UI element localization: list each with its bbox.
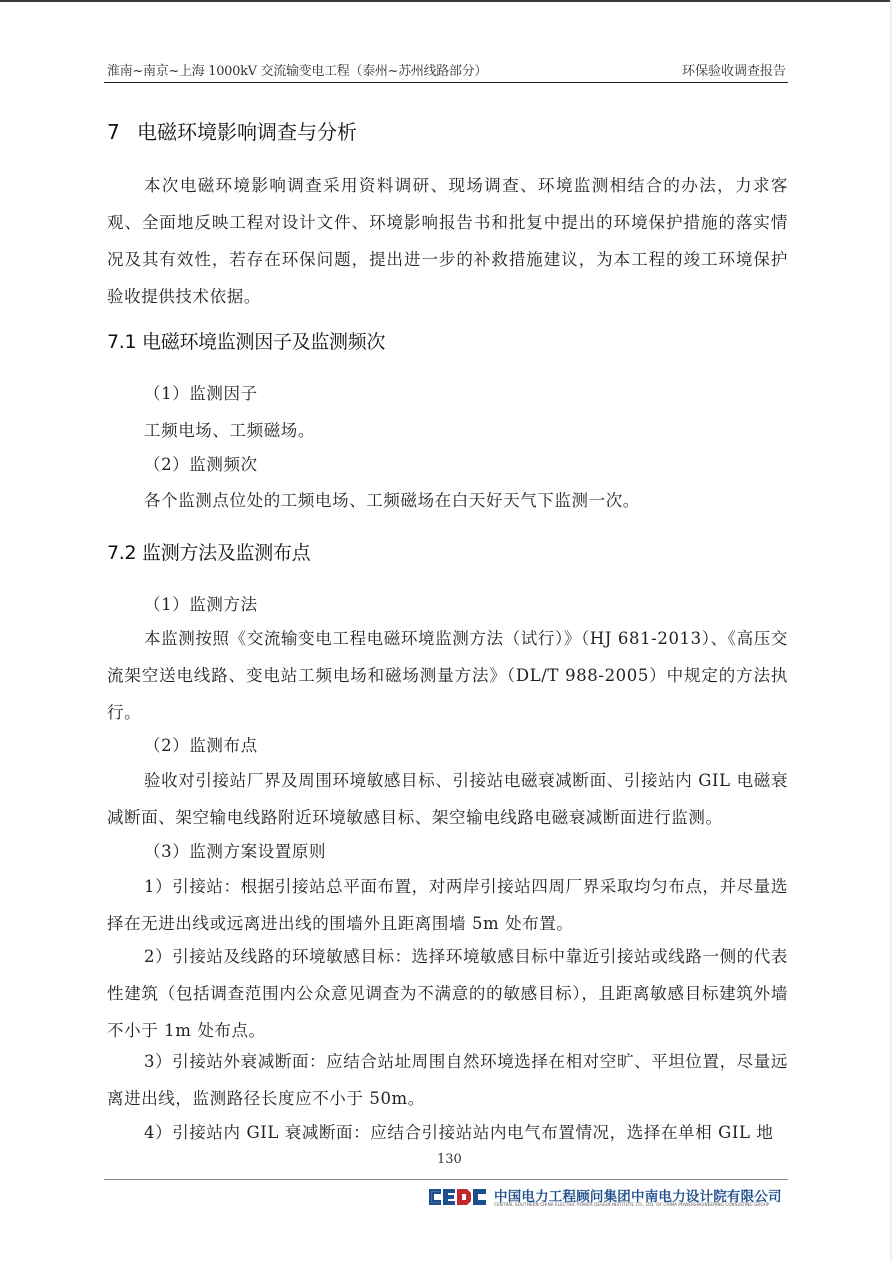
page-number: 130 bbox=[437, 1152, 462, 1167]
section-heading: 7电磁环境影响调查与分析 bbox=[107, 118, 357, 146]
monitoring-method-label: （1）监测方法 bbox=[144, 586, 258, 623]
section-title: 电磁环境影响调查与分析 bbox=[137, 120, 357, 144]
header-project-title: 淮南~南京~上海 1000kV 交流输变电工程（泰州~苏州线路部分） bbox=[107, 64, 487, 80]
monitoring-method-paragraph: 本监测按照《交流输变电工程电磁环境监测方法（试行）》（HJ 681-2013）、… bbox=[107, 620, 788, 731]
monitoring-frequency-text: 各个监测点位处的工频电场、工频磁场在白天好天气下监测一次。 bbox=[144, 482, 640, 519]
subsection-heading-7-1: 7.1 电磁环境监测因子及监测频次 bbox=[107, 329, 385, 355]
monitoring-layout-paragraph: 验收对引接站厂界及周围环境敏感目标、引接站电磁衰减断面、引接站内 GIL 电磁衰… bbox=[107, 762, 788, 836]
principle-item-1: 1）引接站：根据引接站总平面布置，对两岸引接站四周厂界采取均匀布点，并尽量选择在… bbox=[107, 868, 788, 942]
monitoring-factor-text: 工频电场、工频磁场。 bbox=[144, 412, 315, 449]
running-header: 淮南~南京~上海 1000kV 交流输变电工程（泰州~苏州线路部分） 环保验收调… bbox=[104, 63, 788, 83]
monitoring-principles-label: （3）监测方案设置原则 bbox=[144, 833, 326, 870]
page-top-edge bbox=[0, 0, 892, 2]
organization-name-en: CENTRAL SOUTHERN CHINA ELECTRIC POWER DE… bbox=[494, 1202, 769, 1207]
principle-item-4: 4）引接站内 GIL 衰减断面：应结合引接站站内电气布置情况，选择在单相 GIL… bbox=[107, 1114, 788, 1151]
header-report-type: 环保验收调查报告 bbox=[682, 64, 786, 80]
section-number: 7 bbox=[107, 118, 137, 146]
section-intro-paragraph: 本次电磁环境影响调查采用资料调研、现场调查、环境监测相结合的办法，力求客观、全面… bbox=[107, 167, 788, 315]
cedc-logo-icon bbox=[428, 1186, 488, 1208]
principle-item-3: 3）引接站外衰减断面：应结合站址周围自然环境选择在相对空旷、平坦位置，尽量远离进… bbox=[107, 1043, 788, 1117]
footer-divider bbox=[104, 1179, 788, 1180]
monitoring-factor-label: （1）监测因子 bbox=[144, 375, 258, 412]
monitoring-frequency-label: （2）监测频次 bbox=[144, 446, 258, 483]
principle-item-2: 2）引接站及线路的环境敏感目标：选择环境敏感目标中靠近引接站或线路一侧的代表性建… bbox=[107, 938, 788, 1049]
subsection-heading-7-2: 7.2 监测方法及监测布点 bbox=[107, 540, 310, 566]
footer-organization-logo: 中国电力工程顾问集团中南电力设计院有限公司 CENTRAL SOUTHERN C… bbox=[428, 1185, 788, 1215]
monitoring-layout-label: （2）监测布点 bbox=[144, 727, 258, 764]
